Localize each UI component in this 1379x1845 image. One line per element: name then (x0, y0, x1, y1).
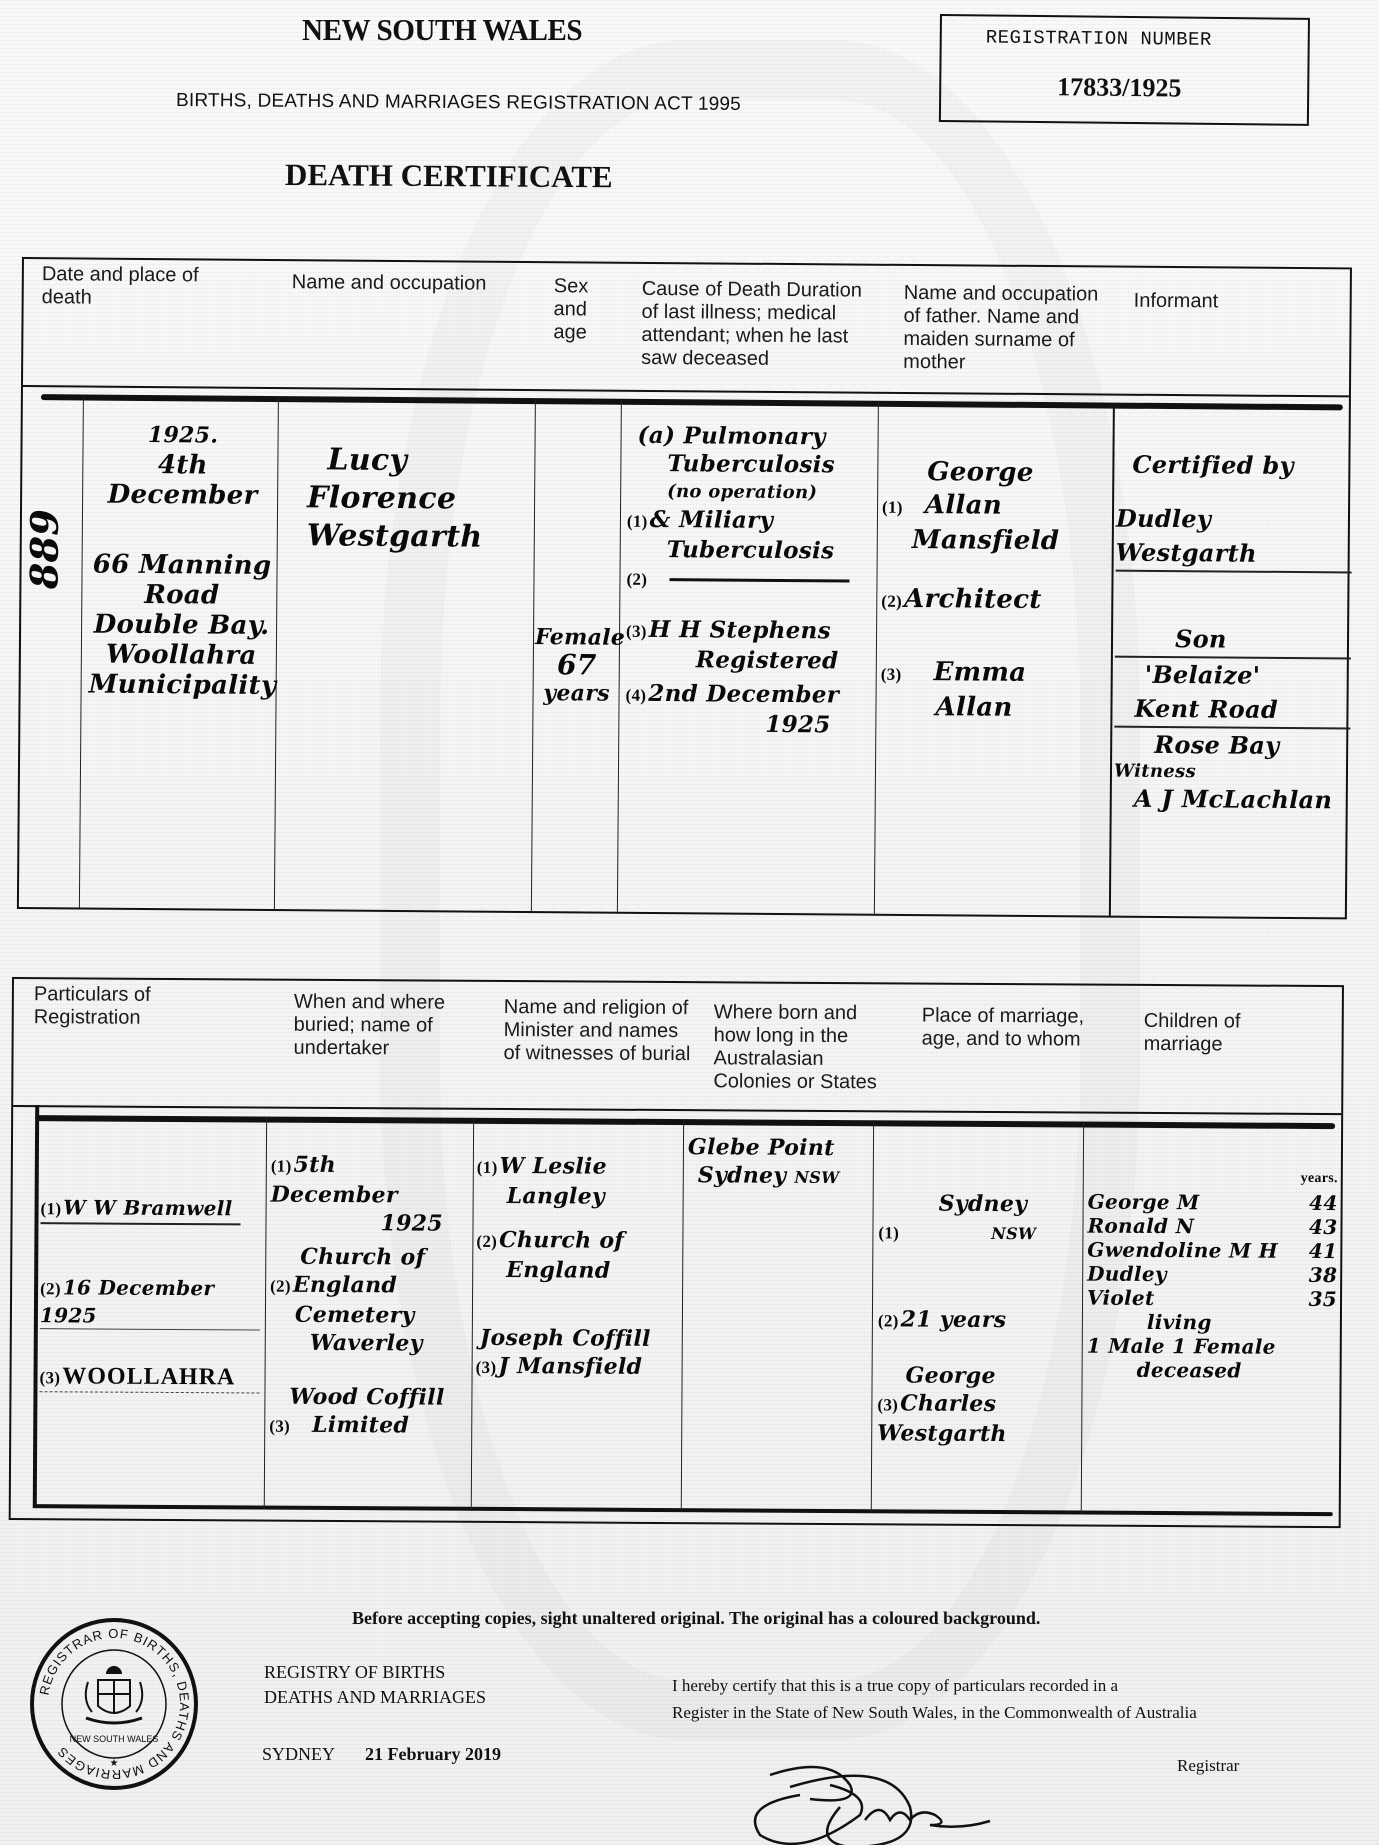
marriage-state: NSW (901, 1223, 1036, 1243)
child-age: 38 (1309, 1263, 1338, 1287)
header-sex-age: Sex and age (553, 275, 604, 344)
parents: George (1)Allan Mansfield (2)Architect (… (880, 456, 1112, 726)
registry-line: DEATHS AND MARRIAGES (264, 1685, 486, 1710)
burial-place: Waverley (270, 1329, 470, 1358)
death-address-line: Road (89, 580, 274, 611)
witness-label: Witness (1114, 762, 1350, 784)
child-age: 44 (1309, 1191, 1338, 1215)
father-name: George (882, 456, 1112, 491)
header-marriage: Place of marriage, age, and to whom (922, 1005, 1112, 1052)
act-title: BIRTHS, DEATHS AND MARRIAGES REGISTRATIO… (176, 90, 741, 116)
state-title: NEW SOUTH WALES (302, 12, 582, 48)
child-age: 41 (1309, 1239, 1338, 1263)
living-label: living (1087, 1310, 1337, 1336)
cause-line: Tuberculosis (627, 450, 877, 480)
spouse-name: George (877, 1361, 1082, 1390)
mother-name: Allan (880, 691, 1110, 726)
burial-year: 1925 (270, 1209, 470, 1238)
cause-line: (no operation) (627, 478, 877, 508)
undertaker: Limited (292, 1412, 409, 1439)
authenticity-notice: Before accepting copies, sight unaltered… (352, 1608, 1040, 1629)
registration-number-label: REGISTRATION NUMBER (986, 26, 1212, 50)
seal-star-icon: ★ (110, 1758, 119, 1769)
registration-number: 17833/1925 (1057, 72, 1182, 103)
informant-name: Dudley Westgarth (1116, 502, 1353, 574)
birthplace-line: Sydney (698, 1162, 787, 1189)
informant-address: Rose Bay (1114, 728, 1350, 764)
spouse-name: Westgarth (877, 1419, 1082, 1448)
child-row: Dudley38 (1087, 1262, 1337, 1288)
last-seen-date: 2nd December (648, 680, 839, 708)
duration-blank (669, 578, 849, 582)
header-minister: Name and religion of Minister and names … (503, 996, 693, 1066)
father-occupation: Architect (904, 584, 1042, 615)
informant-line: Certified by (1116, 448, 1352, 484)
surname: Westgarth (307, 517, 483, 556)
attendant-status: Registered (626, 646, 876, 676)
registration-number-box: REGISTRATION NUMBER 17833/1925 (939, 14, 1310, 126)
birthplace-line: Glebe Point (688, 1133, 873, 1162)
document-title: DEATH CERTIFICATE (285, 157, 613, 195)
registrar-name: W W Bramwell (63, 1195, 232, 1220)
cause-line: (a) Pulmonary (628, 422, 878, 452)
minister-details: (1)W Leslie Langley (2)Church of England… (476, 1152, 682, 1383)
marriage-details: Sydney (1)NSW (2)21 years George (3)Char… (877, 1189, 1084, 1448)
column-divider (33, 1105, 39, 1508)
entry-number: 889 (29, 469, 60, 589)
burial-place: England (293, 1272, 397, 1299)
child-name: Violet (1087, 1286, 1155, 1310)
cause-line: & Miliary (650, 506, 774, 534)
seal-inner-text: NEW SOUTH WALES (70, 1734, 159, 1744)
signatory-title: Registrar (1177, 1756, 1239, 1776)
given-name: Lucy (307, 441, 483, 480)
birthplace: Glebe Point Sydney NSW (688, 1133, 873, 1192)
informant: Certified by Dudley Westgarth Son 'Belai… (1114, 448, 1353, 818)
children-of-marriage: years. George M44Ronald N43Gwendoline M … (1087, 1166, 1338, 1384)
child-row: George M44 (1088, 1190, 1338, 1216)
death-address-line: Woollahra (89, 640, 274, 671)
birthplace-state: NSW (794, 1168, 839, 1187)
age-unit: years (534, 679, 618, 708)
header-rule (35, 1115, 1335, 1129)
age: 67 (535, 651, 619, 680)
burial-place: Church of (270, 1243, 470, 1272)
deceased-children: 1 Male 1 Female (1087, 1334, 1337, 1360)
child-row: Violet35 (1087, 1286, 1337, 1312)
years-label: years. (1088, 1166, 1338, 1192)
father-name: Allan (905, 490, 1002, 521)
undertaker: Wood Coffill (269, 1383, 469, 1412)
death-year: 1925. (90, 420, 275, 451)
child-row: Ronald N43 (1087, 1214, 1337, 1240)
medical-attendant: H H Stephens (649, 616, 831, 644)
column-divider (471, 1118, 474, 1511)
burial-place: Cemetery (270, 1301, 470, 1330)
header-particulars: Particulars of Registration (34, 983, 234, 1030)
death-address-line: Double Bay. (89, 610, 274, 641)
certification-statement: I hereby certify that this is a true cop… (672, 1672, 1197, 1726)
child-age: 43 (1309, 1215, 1338, 1239)
registration-particulars-table: Particulars of Registration When and whe… (9, 977, 1344, 1528)
child-age: 35 (1309, 1287, 1338, 1311)
minister-religion: Church of (499, 1227, 624, 1254)
registration-date: 16 December 1925 (40, 1275, 215, 1327)
child-name: George M (1088, 1190, 1200, 1215)
minister-religion: England (476, 1256, 681, 1285)
witness-name: A J McLachlan (1114, 782, 1350, 818)
deceased-label: deceased (1087, 1358, 1337, 1384)
burial-details: (1)5th December 1925 Church of (2)Englan… (269, 1151, 471, 1442)
header-burial: When and where buried; name of undertake… (293, 991, 473, 1061)
issue-place-date: SYDNEY21 February 2019 (262, 1744, 501, 1765)
informant-address: 'Belaize' (1115, 658, 1351, 694)
marriage-age: 21 years (901, 1306, 1007, 1333)
children-list: George M44Ronald N43Gwendoline M H41Dudl… (1087, 1190, 1338, 1312)
informant-address: Kent Road (1114, 692, 1350, 730)
registration-particulars: (1)W W Bramwell (2)16 December 1925 (3)W… (39, 1194, 265, 1393)
header-name-occupation: Name and occupation (292, 271, 522, 296)
issue-city: SYDNEY (262, 1744, 335, 1764)
registrar-seal: REGISTRAR OF BIRTHS, DEATHS AND MARRIAGE… (28, 1618, 200, 1790)
deceased-name: Lucy Florence Westgarth (307, 441, 484, 556)
column-divider (79, 395, 84, 907)
coat-of-arms-icon (86, 1666, 143, 1723)
death-address-line: Municipality (89, 670, 274, 701)
header-divider (13, 1105, 1341, 1115)
spouse-name: Charles (900, 1390, 996, 1417)
certify-line: I hereby certify that this is a true cop… (672, 1672, 1197, 1699)
death-particulars-table: Date and place of death Name and occupat… (17, 257, 1352, 919)
child-name: Gwendoline M H (1087, 1238, 1278, 1263)
child-row: Gwendoline M H41 (1087, 1238, 1337, 1264)
death-date: 4th December (90, 450, 275, 511)
child-name: Ronald N (1087, 1214, 1194, 1239)
middle-name: Florence (307, 479, 483, 518)
header-children: Children of marriage (1144, 1010, 1314, 1057)
child-name: Dudley (1087, 1262, 1167, 1286)
footer-rule (33, 1504, 1333, 1516)
burial-witness: J Mansfield (498, 1353, 642, 1380)
mother-name: Emma (903, 657, 1026, 688)
registration-district: WOOLLAHRA (62, 1363, 235, 1390)
death-address-line: 66 Manning (89, 550, 274, 581)
header-date-place: Date and place of death (42, 263, 242, 311)
informant-relationship: Son (1115, 622, 1351, 660)
sex-and-age: Female 67 years (534, 623, 619, 708)
minister-name: W Leslie (500, 1153, 608, 1180)
marriage-place: Sydney (879, 1189, 1084, 1218)
cause-of-death: (a) Pulmonary Tuberculosis (no operation… (625, 422, 877, 740)
header-birthplace: Where born and how long in the Australas… (713, 1001, 884, 1094)
certify-line: Register in the State of New South Wales… (672, 1699, 1197, 1726)
registry-line: REGISTRY OF BIRTHS (264, 1660, 486, 1685)
minister-name: Langley (477, 1182, 682, 1211)
last-seen-year: 1925 (625, 710, 875, 740)
header-rule (41, 394, 1343, 410)
registrar-signature (740, 1765, 1100, 1845)
header-cause-of-death: Cause of Death Duration of last illness;… (641, 278, 872, 372)
cause-line: Tuberculosis (627, 536, 877, 566)
header-informant: Informant (1134, 290, 1334, 315)
date-place-of-death: 1925. 4th December 66 Manning Road Doubl… (89, 420, 276, 701)
registry-name: REGISTRY OF BIRTHS DEATHS AND MARRIAGES (264, 1660, 486, 1710)
father-name: Mansfield (882, 524, 1112, 559)
header-parents: Name and occupation of father. Name and … (903, 282, 1104, 376)
issue-date: 21 February 2019 (365, 1744, 501, 1764)
burial-witness: Joseph Coffill (476, 1324, 681, 1353)
